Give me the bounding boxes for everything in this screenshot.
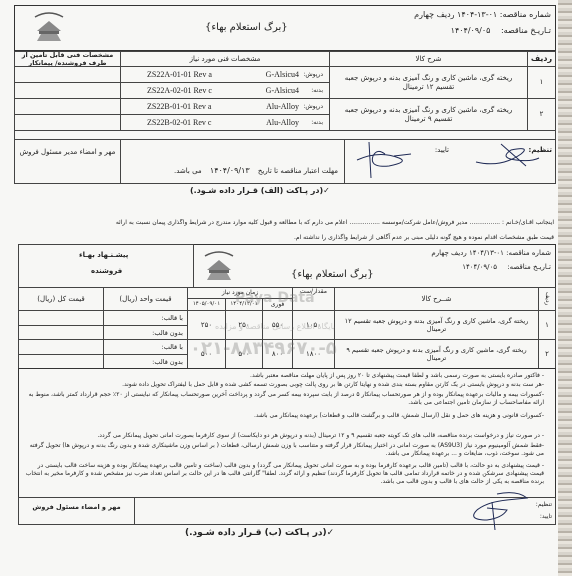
form2-row2-with-mold: با قالب: xyxy=(103,339,188,355)
form1-title: {برگ استعلام بهاء} xyxy=(205,22,288,35)
form2-col-desc: شــرح کالا xyxy=(334,287,539,311)
form2-col-total-price: قیمت کل (ریال) xyxy=(18,287,104,311)
note-6: -فقط شمش آلومینیوم مورد نیاز (AS9U3) به … xyxy=(24,442,544,458)
spec-code: ZS22B-01-01 Rev a xyxy=(147,102,211,112)
form1-row2-num: ۲ xyxy=(527,98,556,131)
declaration-line2: قیمت طبق مشخصات اقدام نموده و هیچ گونه د… xyxy=(24,234,554,242)
note-3: -کسورات بیمه و مالیات برعهده پیمانکار بو… xyxy=(24,391,544,407)
spec-part: درپوش: xyxy=(303,103,323,111)
signature-prepared xyxy=(471,140,541,170)
form2-tender-date: تـاریـخ مناقصه: ۱۴۰۴/۰۹/۰۵ xyxy=(462,263,551,272)
form2-tender-date-value: ۱۴۰۴/۰۹/۰۵ xyxy=(462,263,497,271)
validity-date: ۱۴۰۴/۰۹/۱۳ xyxy=(210,166,250,175)
form1-tender-date-label: تـاریـخ مناقصه: xyxy=(501,26,551,35)
form1-tender-date-value: ۱۴۰۴/۰۹/۰۵ xyxy=(451,26,491,35)
form1-col-row: ردیف xyxy=(527,51,556,67)
form2-row1-total-a xyxy=(18,310,104,326)
watermark-site: پایگاه اطلاع رسانی مناقصه و مزایده xyxy=(215,322,335,331)
form2-row2-total-b xyxy=(18,354,104,369)
form1-col-supplier-specs: مشخصات فنی قابل تامین از طرف فروشنده/ پی… xyxy=(14,51,121,67)
watermark-phone: ۰۲۱-۸۸۳۴۹۶۷۰-۵ xyxy=(190,338,337,359)
form1-row1-num: ۱ xyxy=(527,66,556,99)
form2-header: پیشـنـهاد بهـاء فروشنده {برگ استعلام بها… xyxy=(18,244,556,288)
spec-material: G-Alsicu4 xyxy=(266,86,299,96)
signature-approved xyxy=(349,140,419,180)
form2-signature-block: تنظیم: تایید: xyxy=(134,497,556,525)
spec-part: بدنه: xyxy=(311,119,323,127)
form2-col-row: ردیف xyxy=(538,287,556,311)
form1-tender-number: شماره مناقصه: ۰۱-۱۳-۱۴۰۴ ردیف چهارم xyxy=(414,10,551,20)
form2-stamp-block: مهر و امضاء مسئول فروش xyxy=(18,497,135,525)
form1-row1-spec1: درپوش: G-Alsicu4 ZS22A-01-01 Rev a xyxy=(120,66,330,83)
form2-tender-number: شماره مناقصه: ۰۱-۱۴۰۴/۱۳ ردیف چهارم xyxy=(431,249,551,258)
company-logo-2 xyxy=(199,250,239,284)
form1-row1-desc: ریخته گری، ماشین کاری و رنگ آمیزی بدنه و… xyxy=(329,66,528,99)
form2-packet-note: ✓(در پـاکت (ب) قـرار داده شـود.) xyxy=(185,528,334,539)
form2-row2-desc: ریخته گری، ماشین کاری و رنگ آمیزی بدنه و… xyxy=(334,339,539,369)
form1-row2-desc: ریخته گری، ماشین کاری و رنگ آمیزی بدنه و… xyxy=(329,98,528,131)
form1-row1-supplier-b xyxy=(14,82,121,99)
note-2: -هر ست بدنه و درپوش بایستی در یک کارتن م… xyxy=(24,381,544,389)
note-7: - قیمت پیشنهادی به دو حالت، با قالب (تام… xyxy=(24,462,544,485)
form2-tender-date-label: تـاریـخ مناقصه: xyxy=(507,263,551,271)
spec-code: ZS22A-01-01 Rev a xyxy=(147,70,212,80)
note-5: - در صورت نیاز و درخواست برنده مناقصه، ق… xyxy=(24,432,544,440)
form1-tender-date: تـاریـخ مناقصه: ۱۴۰۴/۰۹/۰۵ xyxy=(451,26,551,36)
form2-row1-num: ۱ xyxy=(538,310,556,340)
validity-text: مهلت اعتبار مناقصه تا تاریخ ۱۴۰۴/۰۹/۱۳ م… xyxy=(174,166,338,176)
form2-title: {برگ استعلام بهاء} xyxy=(291,269,374,282)
approved-label: تایید: xyxy=(435,146,449,155)
spec-material: Alu-Alloy xyxy=(266,118,299,128)
company-logo xyxy=(29,11,69,45)
form1-stamp-block: مهر و امضاء مدیر مسئول فروش xyxy=(14,139,121,184)
declaration-line1: اینجانب آقـای/خـانم : ................ م… xyxy=(24,219,554,227)
form1-row2-spec1: درپوش: Alu-Alloy ZS22B-01-01 Rev a xyxy=(120,98,330,115)
form1-row2-supplier-b xyxy=(14,114,121,131)
offer-title: پیشـنـهاد بهـاء xyxy=(79,251,128,260)
form1-packet-note: ✓(در پـاکت (الف) قـرار داده شـود.) xyxy=(190,186,330,196)
note-4: -کسورات قانونی و هزینه های حمل و نقل (ار… xyxy=(24,412,544,420)
form1-row2-spec2: بدنه: Alu-Alloy ZS22B-02-01 Rev c xyxy=(120,114,330,131)
form2-row1-desc: ریخته گری، ماشین کاری و رنگ آمیزی بدنه و… xyxy=(334,310,539,340)
form1-col-specs: مشخصات فنی مورد نیاز xyxy=(120,51,330,67)
note-1: - فاکتور صادره بایستی به صورت رسمی باشد … xyxy=(24,372,544,380)
spec-code: ZS22A-02-01 Rev c xyxy=(147,86,212,96)
form1-signature-block: تنظیم: تایید: xyxy=(344,139,556,184)
signature-2 xyxy=(447,490,537,530)
form2-row1-with-mold: با قالب: xyxy=(103,310,188,326)
form2-row2-num: ۲ xyxy=(538,339,556,369)
form2-row2-without-mold: بدون قالب: xyxy=(103,354,188,369)
form1-header: {برگ استعلام بهاء} شماره مناقصه: ۰۱-۱۳-۱… xyxy=(14,5,556,51)
form2-row2-total-a xyxy=(18,339,104,355)
spec-material: Alu-Alloy xyxy=(266,102,299,112)
approved-label-2: تایید: xyxy=(540,513,552,521)
form2-col-unit-price: قیمت واحد (ریال) xyxy=(103,287,188,311)
form1-validity-block: مهلت اعتبار مناقصه تا تاریخ ۱۴۰۴/۰۹/۱۳ م… xyxy=(120,139,345,184)
spec-part: بدنه: xyxy=(311,87,323,95)
validity-label: مهلت اعتبار مناقصه تا تاریخ xyxy=(258,167,338,175)
form1-col-desc: شرح کالا xyxy=(329,51,528,67)
scanned-edge xyxy=(558,0,572,576)
form2-row1-without-mold: بدون قالب: xyxy=(103,325,188,340)
spec-material: G-Alsicu4 xyxy=(266,70,299,80)
spec-part: درپوش: xyxy=(303,71,323,79)
prepared-label-2: تنظیم: xyxy=(536,501,552,509)
form2-row1-total-b xyxy=(18,325,104,340)
validity-suffix: می باشد. xyxy=(174,167,202,175)
form1-row2-supplier-a xyxy=(14,98,121,115)
offer-sub: فروشنده xyxy=(91,267,122,276)
form2-offer-block: پیشـنـهاد بهـاء فروشنده xyxy=(18,244,194,288)
form1-row1-spec2: بدنه: G-Alsicu4 ZS22A-02-01 Rev c xyxy=(120,82,330,99)
form1-row1-supplier-a xyxy=(14,66,121,83)
spec-code: ZS22B-02-01 Rev c xyxy=(147,118,211,128)
watermark-brand: Paya Data xyxy=(235,290,315,306)
